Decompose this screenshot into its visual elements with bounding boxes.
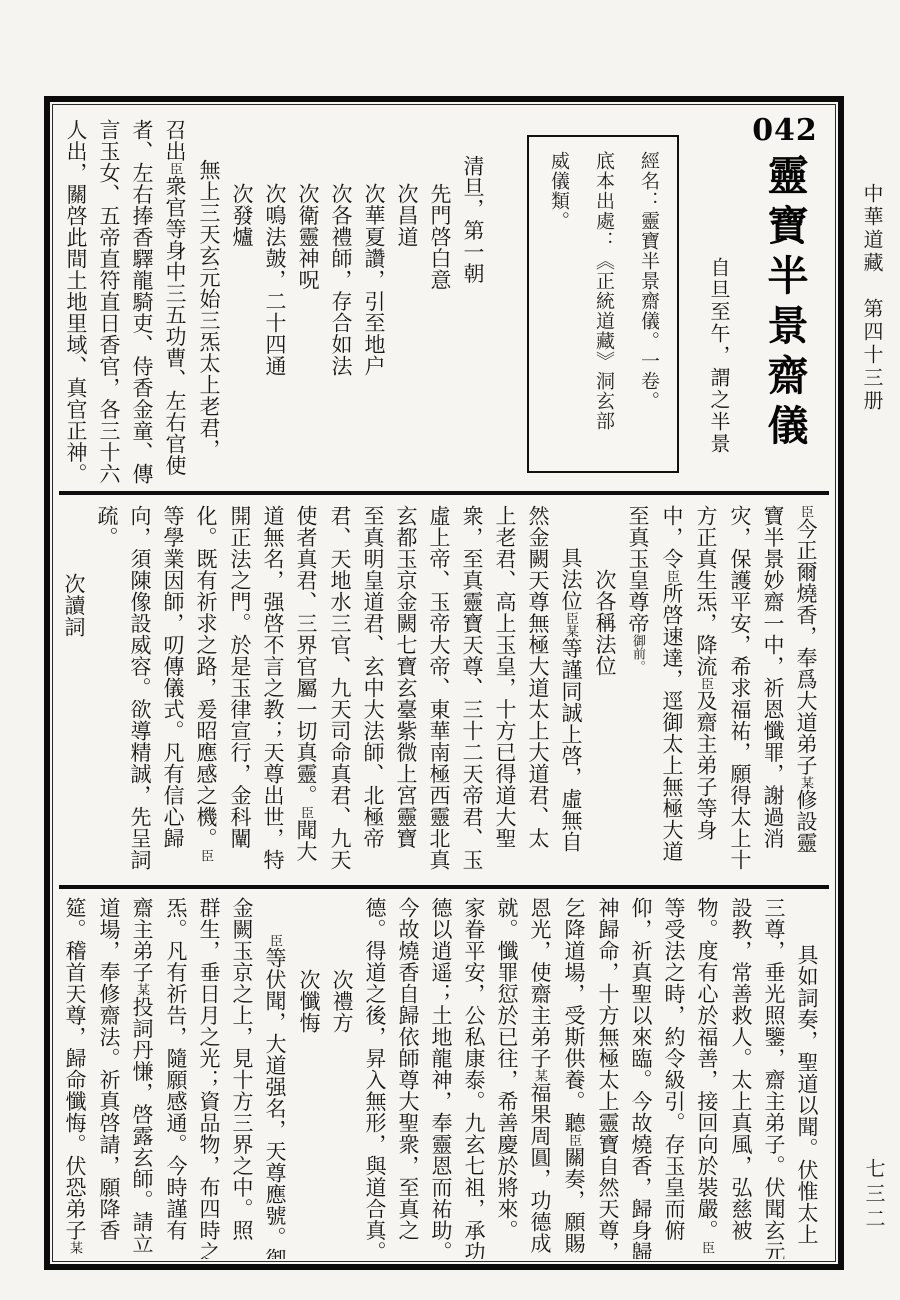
text-column: 開正法之門。於是玉律宣行，金科闡 [223, 495, 256, 885]
text-column: 無上三天玄元始三炁太上老君， [192, 107, 225, 491]
small-annotation: 臣 [699, 677, 714, 690]
text-column: 乞降道場，受斯供養。聽臣關奏，願賜 [557, 889, 591, 1259]
text-column: 德。得道之後，昇入無形，與道合真。 [358, 889, 391, 1259]
small-annotation: 御前。 [631, 634, 646, 673]
text-column: 次各禮師，存合如法 [324, 107, 357, 491]
text-column: 次衛靈神呪 [291, 107, 324, 491]
text-column: 言玉女、五帝直符直日香官，各三十六 [92, 107, 125, 491]
text-column: 向，須陳像設威容。欲導精誠，先呈詞 [123, 495, 156, 885]
text-column: 灾，保護平安，希求福祐，願得太上十 [723, 495, 756, 885]
scanned-page: 中華道藏 第四十三册 七三二 清旦，第一朝先門啓白意次昌道次華夏讚，引至地户次各… [0, 0, 900, 1300]
text-column: 仰，祈真聖以來臨。今故燒香，歸身歸 [624, 889, 657, 1259]
text-column: 先門啓白意 [423, 107, 456, 491]
text-column: 齋主弟子某投詞丹慊，啓露玄師。請立 [125, 889, 159, 1259]
text-column: 道場，奉修齋法。祈真啓請，願降香 [92, 889, 125, 1259]
text-column: 然金闕天尊無極大道太上大道君、太 [521, 495, 554, 885]
text-column: 使者真君、三界官屬一切真靈。臣聞大 [289, 495, 323, 885]
page-title: 靈寶半景齋儀 [756, 154, 815, 454]
section-top: 清旦，第一朝先門啓白意次昌道次華夏讚，引至地户次各禮師，存合如法次衛靈神呪次鳴法… [59, 107, 829, 491]
page-number: 七三二 [859, 1158, 888, 1233]
text-column: 等受法之時，約令級引。存玉皇而俯 [657, 889, 690, 1259]
section-middle: 臣今正爾燒香，奉爲大道弟子某修設靈寶半景妙齋一中，祈恩懺罪，謝過消灾，保護平安，… [59, 495, 829, 885]
text-column: 底本出處：《正統道藏》洞玄部 [581, 149, 626, 459]
text-column: 威儀類。 [536, 149, 581, 459]
volume-label: 中華道藏 第四十三册 [857, 183, 886, 413]
title-block: 042 靈寶半景齋儀 [733, 107, 829, 491]
text-column: 疏。 [90, 495, 123, 885]
text-column: 至真玉皇尊帝御前。 [621, 495, 655, 885]
small-annotation: 臣 [567, 1134, 582, 1147]
text-column: 上老君、高上玉皇，十方已得道大聖 [488, 495, 521, 885]
text-column: 中，令臣所啓速達，逕御太上無極大道 [655, 495, 689, 885]
page-frame: 清旦，第一朝先門啓白意次昌道次華夏讚，引至地户次各禮師，存合如法次衛靈神呪次鳴法… [44, 96, 844, 1270]
text-column: 次昌道 [390, 107, 423, 491]
text-column: 恩光，使齋主弟子某福果周圓，功德成 [523, 889, 557, 1259]
text-column: 臣今正爾燒香，奉爲大道弟子某修設靈 [789, 495, 823, 885]
text-column: 次各稱法位 [588, 495, 621, 885]
text-column: 方正真生炁，降流臣及齋主弟子等身 [689, 495, 723, 885]
text-column: 臣等伏聞，大道强名，天尊應號。御 [258, 889, 292, 1259]
text-column: 至真明皇道君、玄中大法師、北極帝 [356, 495, 389, 885]
text-column: 德以逍遥；土地龍神，奉靈恩而祐助。 [424, 889, 457, 1259]
text-column: 寶半景妙齋一中，祈恩懺罪，謝過消 [756, 495, 789, 885]
text-number: 042 [752, 113, 818, 148]
title-subtitle: 自旦至午，謂之半景 [691, 107, 733, 491]
small-annotation: 某 [135, 983, 150, 996]
small-annotation: 臣 [665, 570, 680, 583]
text-column: 就。懺罪愆於已往，希善慶於將來。 [490, 889, 523, 1259]
text-column: 次鳴法皷，二十四通 [258, 107, 291, 491]
colophon-box: 經名：靈寶半景齋儀。一卷。底本出處：《正統道藏》洞玄部威儀類。 [527, 135, 679, 473]
bottom-text-columns: 具如詞奏，聖道以聞。伏惟太上三尊，垂光照鑒，齋主弟子。伏聞玄元設教，常善救人。太… [59, 889, 829, 1259]
text-column: 設教，常善救人。太上真風，弘慈被 [724, 889, 757, 1259]
frame-content: 清旦，第一朝先門啓白意次昌道次華夏讚，引至地户次各禮師，存合如法次衛靈神呪次鳴法… [59, 107, 829, 1259]
small-annotation: 臣 [199, 849, 214, 862]
text-column: 君、天地水三官、九天司命真君、九天 [323, 495, 356, 885]
small-annotation: 臣 [168, 162, 183, 175]
text-column: 具如詞奏，聖道以聞。伏惟太上 [790, 889, 823, 1259]
text-column: 化。既有祈求之路，爰昭應感之機。臣 [189, 495, 223, 885]
text-column: 炁。凡有祈告，隨願感通。今時謹有 [159, 889, 192, 1259]
text-column: 群生，垂日月之光；資品物，布四時之 [192, 889, 225, 1259]
text-column: 筵。稽首天尊，歸命懺悔。伏恐弟子某 [59, 889, 92, 1259]
small-annotation: 臣 [700, 1241, 715, 1254]
small-annotation: 臣 [299, 806, 314, 819]
text-column: 玄都玉京金闕七寶玄臺紫微上宮靈寶 [389, 495, 422, 885]
text-column: 家眷平安，公私康泰。九玄七祖，承功 [457, 889, 490, 1259]
middle-text-columns: 臣今正爾燒香，奉爲大道弟子某修設靈寶半景妙齋一中，祈恩懺罪，謝過消灾，保護平安，… [59, 495, 829, 885]
text-column: 神歸命，十方無極太上靈寶自然天尊， [591, 889, 624, 1259]
text-column: 次讀詞 [59, 495, 90, 885]
small-annotation: 臣 [268, 934, 283, 947]
text-column: 金闕玉京之上，見十方三界之中。照 [225, 889, 258, 1259]
text-column: 清旦，第一朝 [456, 107, 489, 491]
section-bottom: 具如詞奏，聖道以聞。伏惟太上三尊，垂光照鑒，齋主弟子。伏聞玄元設教，常善救人。太… [59, 889, 829, 1259]
text-column: 者、左右捧香驛龍騎吏、侍香金童、傳 [125, 107, 158, 491]
colophon-columns: 經名：靈寶半景齋儀。一卷。底本出處：《正統道藏》洞玄部威儀類。 [529, 137, 677, 471]
text-column: 今故燒香自歸依師尊大聖衆，至真之 [391, 889, 424, 1259]
top-text-columns: 清旦，第一朝先門啓白意次昌道次華夏讚，引至地户次各禮師，存合如法次衛靈神呪次鳴法… [59, 107, 523, 491]
text-column: 次華夏讚，引至地户 [357, 107, 390, 491]
text-column: 經名：靈寶半景齋儀。一卷。 [626, 149, 671, 459]
small-annotation: 臣某 [564, 612, 579, 638]
text-column: 道無名，强啓不言之教；天尊出世，特 [256, 495, 289, 885]
small-annotation: 臣 [799, 505, 814, 518]
text-column: 召出臣衆官等身中三五功曹、左右官使 [158, 107, 192, 491]
text-column: 次懺悔 [292, 889, 325, 1259]
text-column: 具法位臣某等謹同誠上啓，虛無自 [554, 495, 588, 885]
small-annotation: 某 [533, 1069, 548, 1082]
text-column: 等學業因師，叨傳儀式。凡有信心歸 [156, 495, 189, 885]
text-column: 次發爐 [225, 107, 258, 491]
text-column: 虛上帝、玉帝大帝、東華南極西靈北真 [422, 495, 455, 885]
text-column: 次禮方 [325, 889, 358, 1259]
text-column: 物。度有心於福善，接回向於裝嚴。臣 [690, 889, 724, 1259]
text-column: 人出，關啓此間土地里域、真官正神。 [59, 107, 92, 491]
small-annotation: 某 [799, 776, 814, 789]
text-column: 三尊，垂光照鑒，齋主弟子。伏聞玄元 [757, 889, 790, 1259]
small-annotation: 某 [68, 1241, 83, 1254]
text-column: 衆，至真靈寶天尊、三十二天帝君、玉 [455, 495, 488, 885]
